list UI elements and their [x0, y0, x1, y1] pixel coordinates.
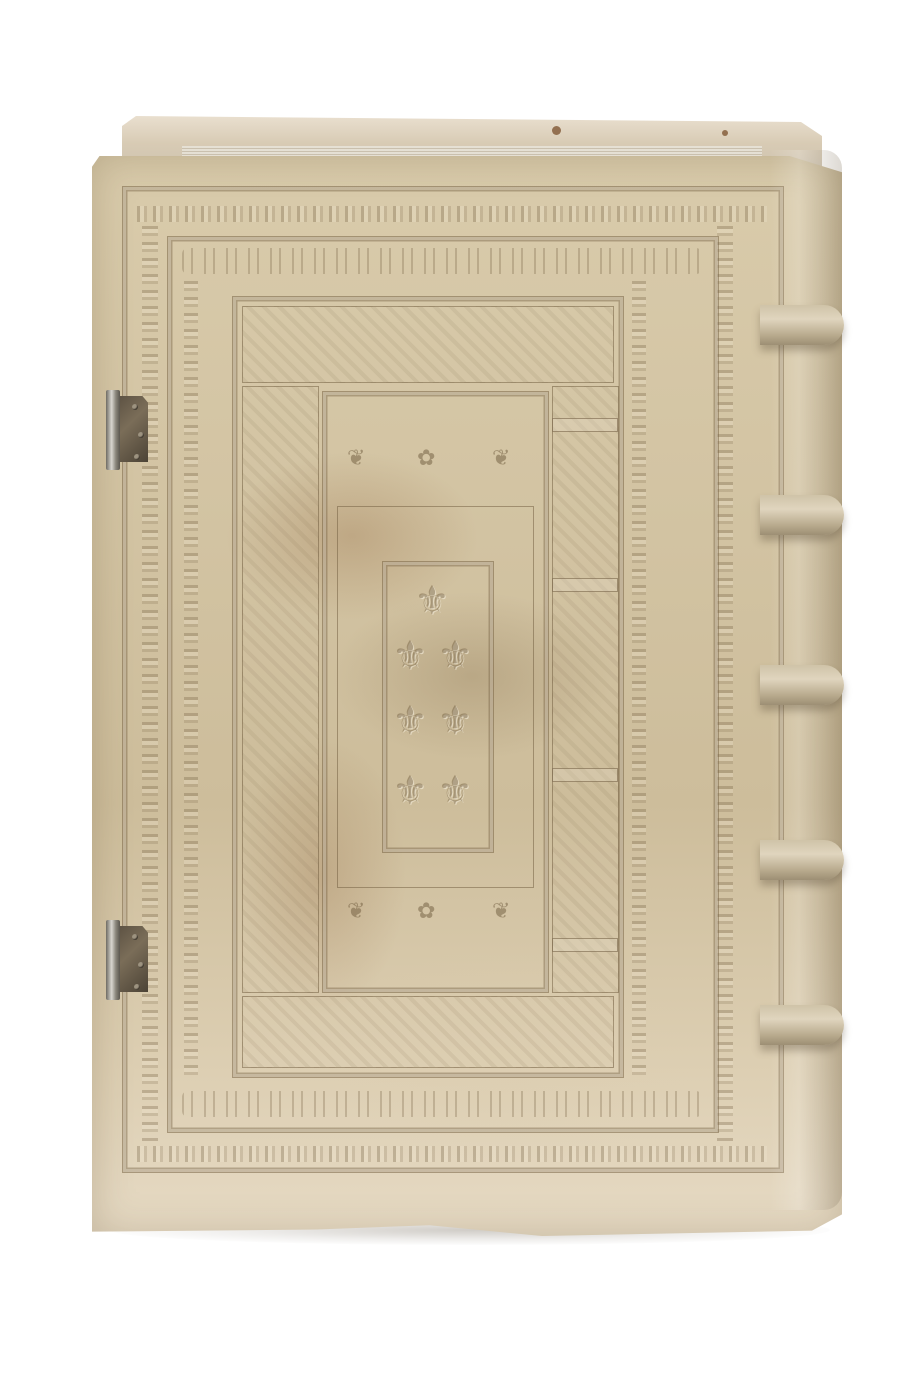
- clasp-strip: [106, 920, 120, 1000]
- spine-band: [760, 840, 844, 880]
- stain-mark: [722, 130, 728, 136]
- rosette-stamp: ❦: [347, 448, 365, 470]
- fleuron-stamp: ⚜: [437, 636, 473, 676]
- outer-roll-left: [142, 226, 158, 1141]
- leaf-roll-right: [632, 281, 646, 1081]
- rivet: [132, 404, 138, 410]
- rivet: [132, 934, 138, 940]
- rivet: [134, 454, 140, 460]
- clasp-strip: [106, 390, 120, 470]
- rosette-stamp: ❦: [492, 448, 510, 470]
- rosette-stamp: ✿: [417, 448, 435, 470]
- spine-band: [760, 495, 844, 535]
- palmette-roll-top: [182, 248, 702, 274]
- outer-roll-right: [717, 226, 733, 1141]
- rosette-stamp: ✿: [417, 901, 435, 923]
- fleuron-stamp: ⚜: [437, 701, 473, 741]
- rosette-stamp: ❦: [347, 901, 365, 923]
- rivet: [134, 984, 140, 990]
- spine-band: [760, 665, 844, 705]
- lower-clasp: [106, 920, 150, 1000]
- figural-roll-top: [242, 306, 614, 383]
- roll-label: [552, 938, 618, 952]
- roll-label: [552, 418, 618, 432]
- figural-roll-left: [242, 386, 319, 993]
- rivet: [138, 962, 144, 968]
- fleuron-stamp: ⚜: [392, 636, 428, 676]
- spine-band: [760, 1005, 844, 1045]
- outer-roll-bottom: [137, 1146, 767, 1162]
- figural-roll-bottom: [242, 996, 614, 1068]
- fleuron-stamp: ⚜: [392, 771, 428, 811]
- fleuron-stamp: ⚜: [437, 771, 473, 811]
- palmette-roll-bottom: [182, 1091, 702, 1117]
- figural-roll-right: [552, 386, 619, 993]
- fleuron-stamp: ⚜: [414, 581, 450, 621]
- rivet: [138, 432, 144, 438]
- upper-clasp: [106, 390, 150, 470]
- outer-roll-top: [137, 206, 767, 222]
- fleuron-stamp: ⚜: [392, 701, 428, 741]
- spine-band: [760, 305, 844, 345]
- stain-mark: [552, 126, 561, 135]
- roll-label: [552, 768, 618, 782]
- leaf-roll-left: [184, 281, 198, 1081]
- roll-label: [552, 578, 618, 592]
- front-cover-board: ❦ ✿ ❦ ❦ ✿ ❦ ⚜ ⚜ ⚜ ⚜ ⚜ ⚜ ⚜: [92, 156, 842, 1236]
- rosette-stamp: ❦: [492, 901, 510, 923]
